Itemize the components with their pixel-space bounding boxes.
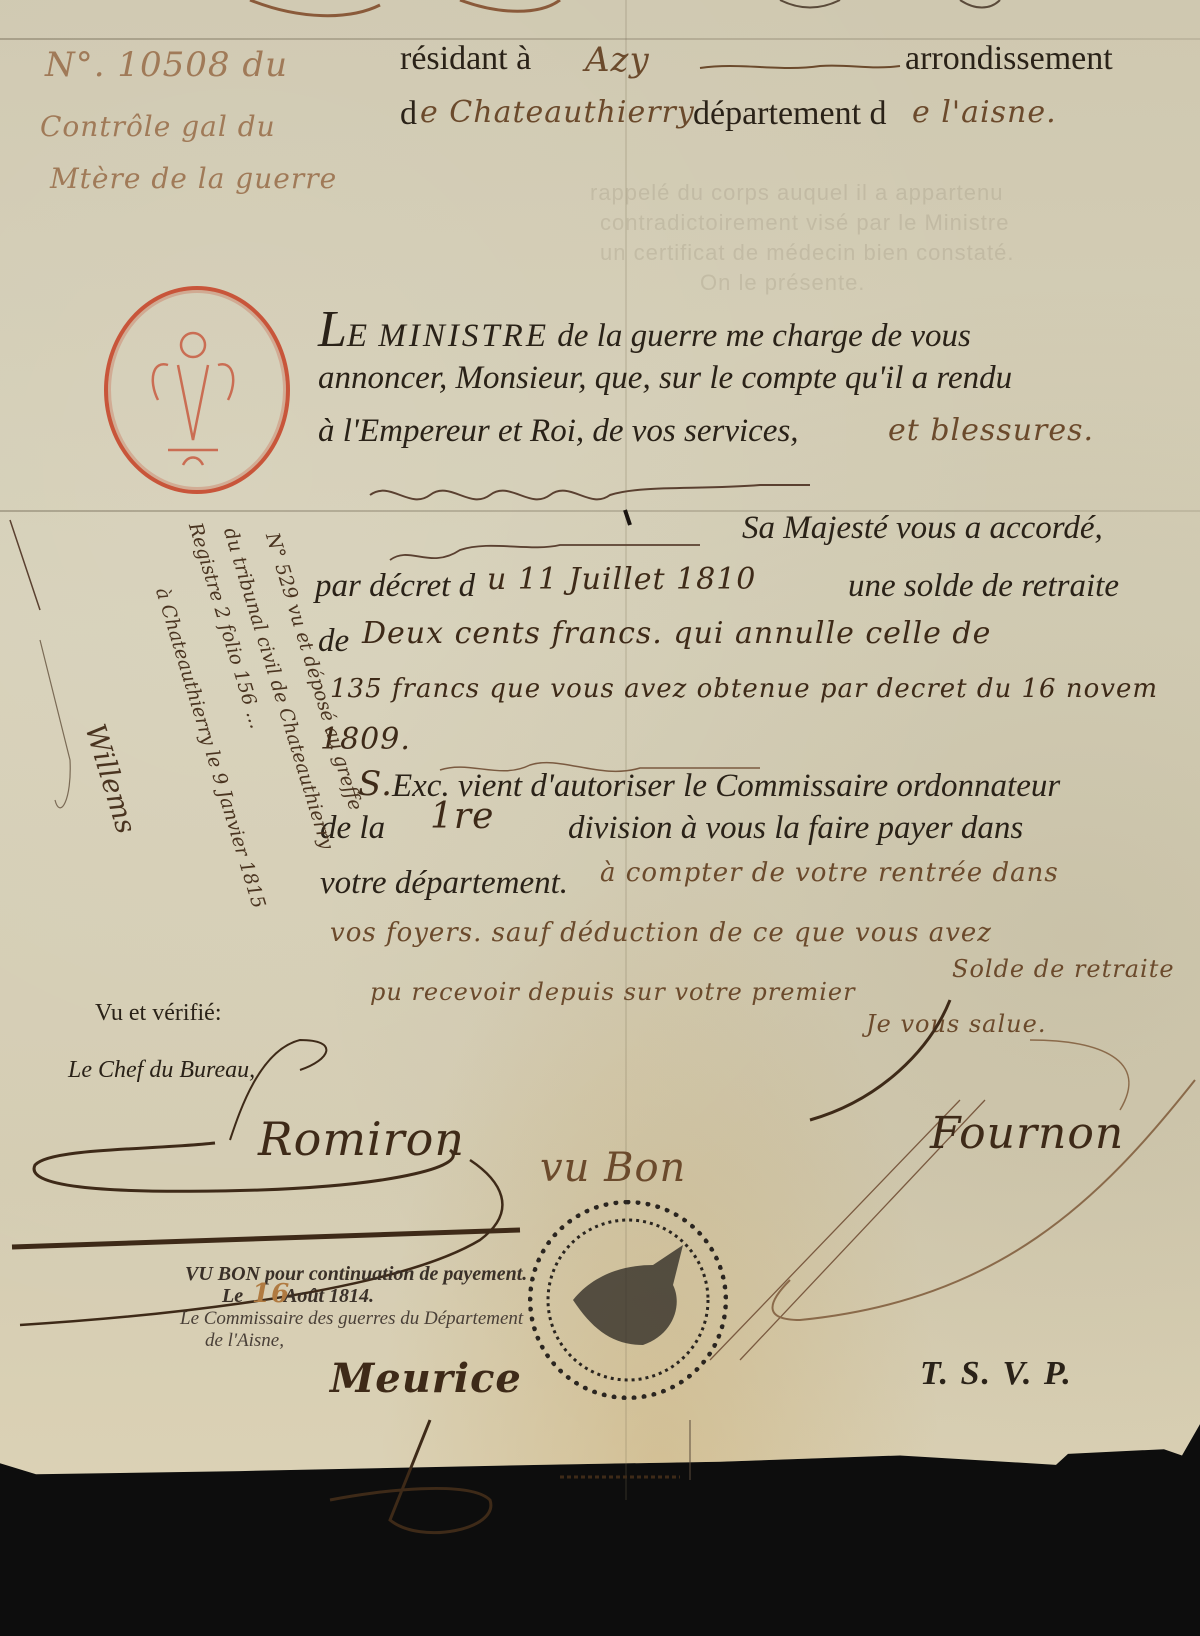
- commissaire-des-guerres: Le Commissaire des guerres du Départemen…: [180, 1308, 523, 1330]
- continuation-date-suffix: Août 1814.: [284, 1285, 374, 1308]
- vu-bon-continuation: VU BON pour continuation de payement.: [185, 1263, 527, 1286]
- eagle-emblem-icon: [533, 1205, 723, 1395]
- departement-aisne: de l'Aisne,: [205, 1330, 284, 1352]
- black-circular-stamp: [528, 1200, 728, 1400]
- continuation-date-prefix: Le: [222, 1285, 243, 1308]
- vu-bon-handwritten: vu Bon: [540, 1145, 686, 1191]
- minister-signature: Fournon: [930, 1108, 1124, 1159]
- commissaire-signature: Meurice: [330, 1355, 522, 1402]
- tsvp-label: T. S. V. P.: [920, 1355, 1073, 1393]
